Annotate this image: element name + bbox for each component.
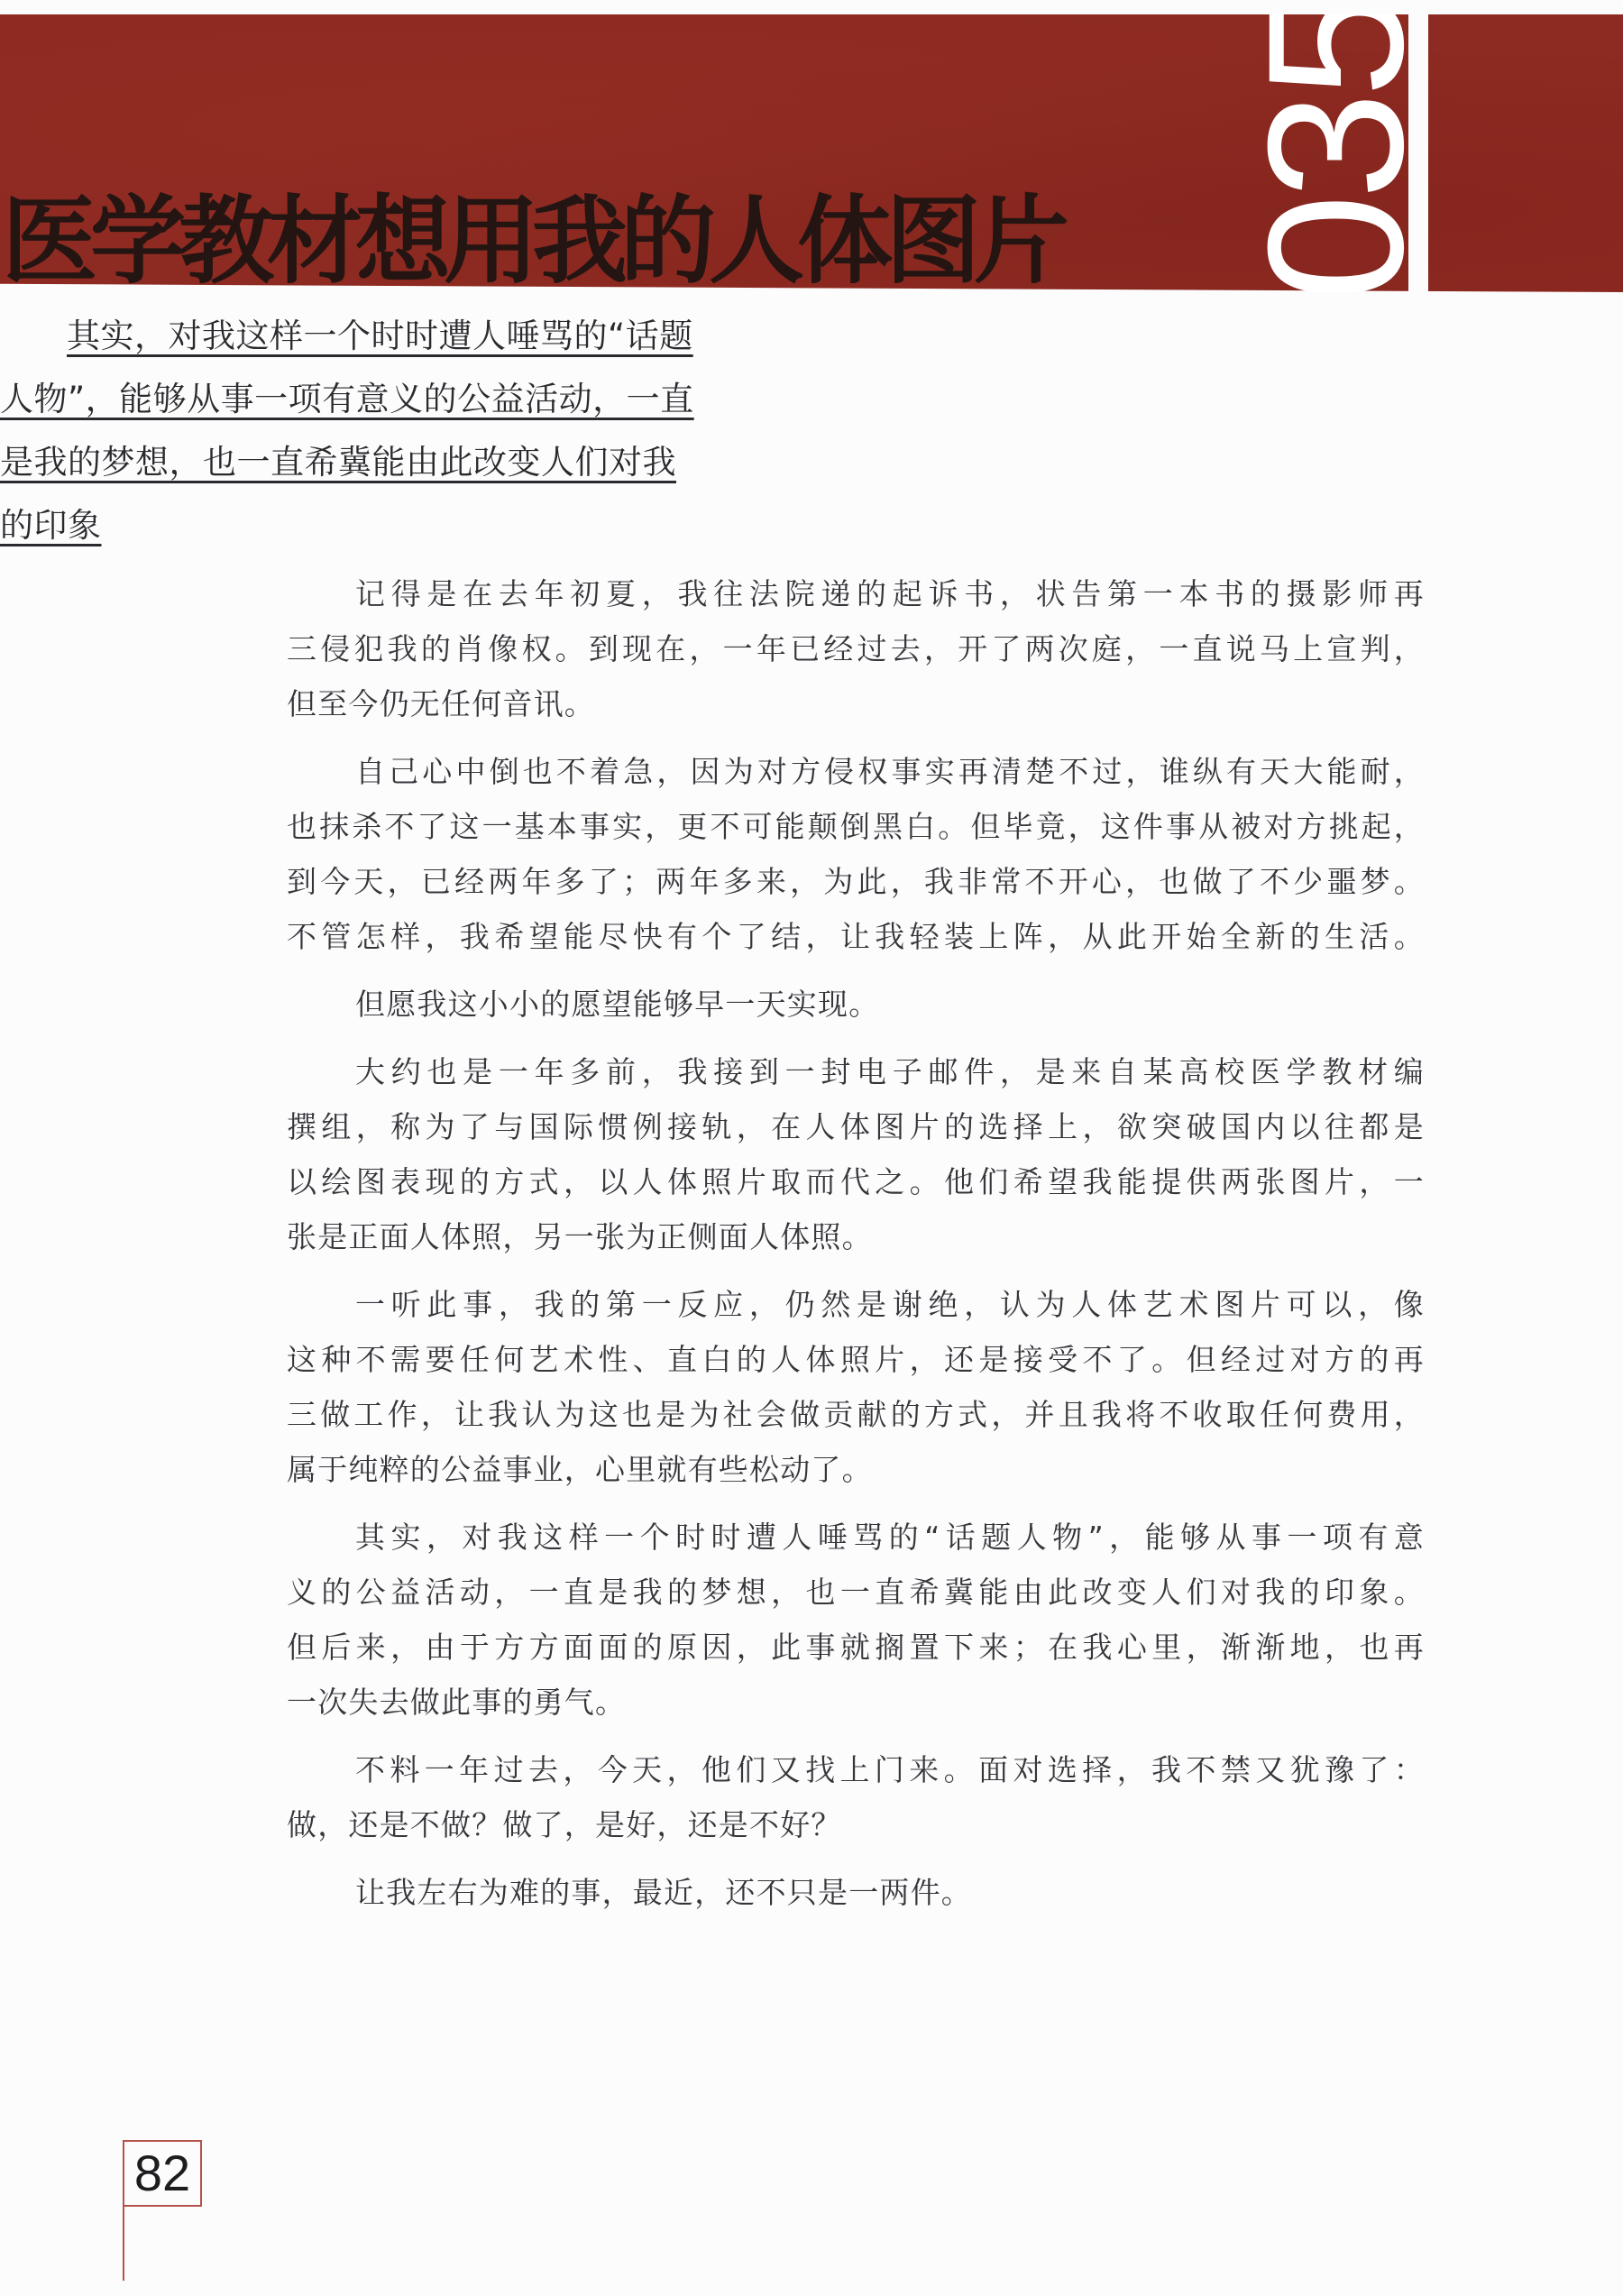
paragraph: 记得是在去年初夏，我往法院递的起诉书，状告第一本书的摄影师再 三侵犯我的肖像权。… <box>287 566 1425 731</box>
text-line: 不料一年过去，今天，他们又找上门来。面对选择，我不禁又犹豫了： <box>287 1742 1425 1797</box>
text-line: 三做工作，让我认为这也是为社会做贡献的方式，并且我将不收取任何费用， <box>287 1387 1425 1442</box>
text-line: 大约也是一年多前，我接到一封电子邮件，是来自某高校医学教材编 <box>287 1044 1425 1099</box>
pull-quote-line: 其实，对我这样一个时时遭人唾骂的“话题 <box>0 305 790 368</box>
text-line: 但后来，由于方方面面的原因，此事就搁置下来；在我心里，渐渐地，也再 <box>287 1620 1425 1675</box>
pull-quote-line: 人物”，能够从事一项有意义的公益活动，一直 <box>0 368 790 431</box>
text-line: 不管怎样，我希望能尽快有个了结，让我轻装上阵，从此开始全新的生活。 <box>287 909 1425 964</box>
text-line: 义的公益活动，一直是我的梦想，也一直希冀能由此改变人们对我的印象。 <box>287 1565 1425 1620</box>
text-line: 属于纯粹的公益事业，心里就有些松动了。 <box>287 1442 1425 1497</box>
text-line: 记得是在去年初夏，我往法院递的起诉书，状告第一本书的摄影师再 <box>287 566 1425 621</box>
paragraph: 自己心中倒也不着急，因为对方侵权事实再清楚不过，谁纵有天大能耐， 也抹杀不了这一… <box>287 744 1425 964</box>
text-line: 到今天，已经两年多了；两年多来，为此，我非常不开心，也做了不少噩梦。 <box>287 854 1425 909</box>
text-line: 一次失去做此事的勇气。 <box>287 1675 1425 1730</box>
article-body: 记得是在去年初夏，我往法院递的起诉书，状告第一本书的摄影师再 三侵犯我的肖像权。… <box>287 566 1425 1933</box>
paragraph: 让我左右为难的事，最近，还不只是一两件。 <box>287 1865 1425 1920</box>
pull-quote-line: 是我的梦想，也一直希冀能由此改变人们对我 <box>0 431 790 494</box>
pull-quote-line: 的印象 <box>0 494 790 557</box>
text-line: 这种不需要任何艺术性、直白的人体照片，还是接受不了。但经过对方的再 <box>287 1332 1425 1387</box>
header-divider-stripe <box>1408 14 1428 298</box>
paragraph: 其实，对我这样一个时时遭人唾骂的“话题人物”，能够从事一项有意 义的公益活动，一… <box>287 1510 1425 1730</box>
page-number-rule <box>123 2207 124 2281</box>
text-line: 但至今仍无任何音讯。 <box>287 676 1425 731</box>
chapter-number: 035 <box>1208 14 1408 292</box>
text-line: 张是正面人体照，另一张为正侧面人体照。 <box>287 1209 1425 1264</box>
paragraph: 不料一年过去，今天，他们又找上门来。面对选择，我不禁又犹豫了： 做，还是不做？做… <box>287 1742 1425 1852</box>
page-number-box: 82 <box>123 2140 202 2207</box>
text-line: 但愿我这小小的愿望能够早一天实现。 <box>287 977 1425 1032</box>
text-line: 三侵犯我的肖像权。到现在，一年已经过去，开了两次庭，一直说马上宣判， <box>287 621 1425 676</box>
text-line: 其实，对我这样一个时时遭人唾骂的“话题人物”，能够从事一项有意 <box>287 1510 1425 1565</box>
text-line: 以绘图表现的方式，以人体照片取而代之。他们希望我能提供两张图片，一 <box>287 1154 1425 1209</box>
paragraph: 一听此事，我的第一反应，仍然是谢绝，认为人体艺术图片可以，像 这种不需要任何艺术… <box>287 1277 1425 1497</box>
paragraph: 大约也是一年多前，我接到一封电子邮件，是来自某高校医学教材编 撰组，称为了与国际… <box>287 1044 1425 1264</box>
page-number: 82 <box>134 2148 190 2199</box>
pull-quote: 其实，对我这样一个时时遭人唾骂的“话题 人物”，能够从事一项有意义的公益活动，一… <box>0 305 790 557</box>
text-line: 也抹杀不了这一基本事实，更不可能颠倒黑白。但毕竟，这件事从被对方挑起， <box>287 799 1425 854</box>
text-line: 撰组，称为了与国际惯例接轨，在人体图片的选择上，欲突破国内以往都是 <box>287 1099 1425 1154</box>
paragraph: 但愿我这小小的愿望能够早一天实现。 <box>287 977 1425 1032</box>
text-line: 自己心中倒也不着急，因为对方侵权事实再清楚不过，谁纵有天大能耐， <box>287 744 1425 799</box>
text-line: 一听此事，我的第一反应，仍然是谢绝，认为人体艺术图片可以，像 <box>287 1277 1425 1332</box>
article-title: 医学教材想用我的人体图片 <box>2 191 1062 290</box>
text-line: 做，还是不做？做了，是好，还是不好？ <box>287 1797 1425 1852</box>
text-line: 让我左右为难的事，最近，还不只是一两件。 <box>287 1865 1425 1920</box>
chapter-number-text: 035 <box>1264 14 1408 292</box>
